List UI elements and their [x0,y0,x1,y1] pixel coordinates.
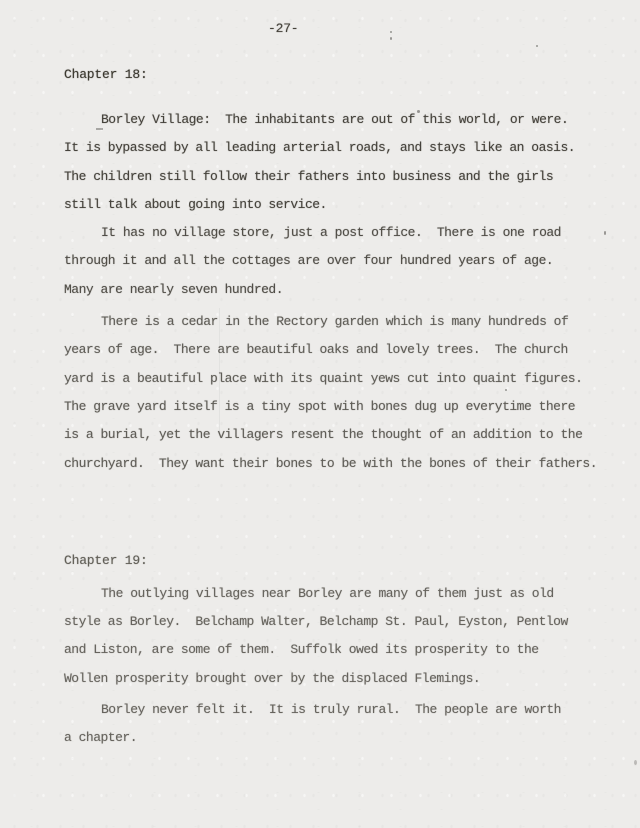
text-line: yard is a beautiful place with its quain… [64,365,624,393]
text-line: Borley never felt it. It is truly rural.… [64,696,624,724]
paragraph: It has no village store, just a post off… [64,219,624,304]
paragraph: There is a cedar in the Rectory garden w… [64,308,624,478]
text-line: The grave yard itself is a tiny spot wit… [64,393,624,421]
ink-speck [634,760,637,765]
text-line: a chapter. [64,724,624,752]
paragraph: Borley never felt it. It is truly rural.… [64,696,624,753]
text-line: The outlying villages near Borley are ma… [64,580,624,608]
ink-speck [604,231,606,235]
text-line: Wollen prosperity brought over by the di… [64,665,624,693]
ink-speck [96,128,103,130]
chapter-body: Borley Village: The inhabitants are out … [64,106,624,478]
ink-speck [536,45,538,47]
chapter-heading: Chapter 19: [64,552,624,570]
ink-speck [417,110,420,113]
chapter-heading: Chapter 18: [64,66,624,84]
text-line: through it and all the cottages are over… [64,247,624,275]
chapter-section: Chapter 19:The outlying villages near Bo… [64,552,624,753]
text-line: Borley Village: The inhabitants are out … [64,106,624,134]
text-line: is a burial, yet the villagers resent th… [64,421,624,449]
text-line: The children still follow their fathers … [64,163,624,191]
text-line: There is a cedar in the Rectory garden w… [64,308,624,336]
chapter-body: The outlying villages near Borley are ma… [64,580,624,753]
text-line: It has no village store, just a post off… [64,219,624,247]
text-line: It is bypassed by all leading arterial r… [64,134,624,162]
text-line: years of age. There are beautiful oaks a… [64,336,624,364]
text-line: churchyard. They want their bones to be … [64,450,624,478]
scan-crease [219,308,220,436]
page-content: Chapter 18:Borley Village: The inhabitan… [64,0,624,753]
ink-speck [390,31,392,33]
text-line: style as Borley. Belchamp Walter, Belcha… [64,608,624,636]
document-page: -27- Chapter 18:Borley Village: The inha… [0,0,640,828]
text-line: Many are nearly seven hundred. [64,276,624,304]
text-line: and Liston, are some of them. Suffolk ow… [64,636,624,664]
ink-speck [505,389,507,391]
ink-speck [390,37,392,40]
paragraph: The outlying villages near Borley are ma… [64,580,624,693]
paragraph: Borley Village: The inhabitants are out … [64,106,624,219]
text-line: still talk about going into service. [64,191,624,219]
chapter-section: Chapter 18:Borley Village: The inhabitan… [64,66,624,478]
